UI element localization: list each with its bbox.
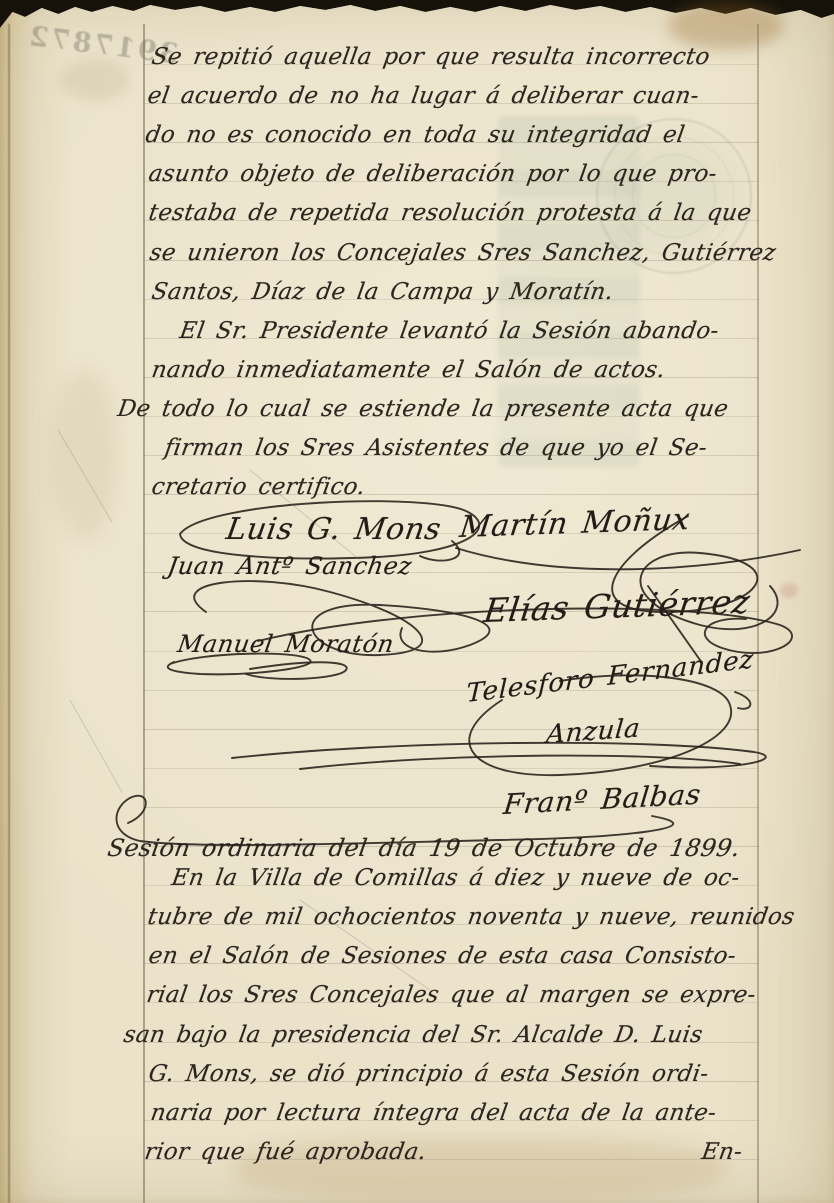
manuscript-line: rior que fué aprobada.	[143, 1141, 428, 1164]
manuscript-line: Se repitió aquella por que resulta incor…	[150, 46, 712, 69]
manuscript-line: En la Villa de Comillas á diez y nueve d…	[170, 867, 741, 890]
manuscript-line: se unieron los Concejales Sres Sanchez, …	[148, 242, 778, 265]
signature: Martín Moñux	[458, 505, 692, 543]
signature: Luis G. Mons	[224, 515, 443, 545]
small-stain	[780, 583, 798, 598]
page-edge-crease	[8, 24, 10, 1203]
ruled-line	[143, 768, 759, 769]
manuscript-line: asunto objeto de deliberación por lo que…	[147, 163, 719, 186]
manuscript-line: el acuerdo de no ha lugar á deliberar cu…	[146, 85, 700, 108]
manuscript-line: nando inmediatamente el Salón de actos.	[150, 359, 667, 382]
manuscript-line: firman los Sres Asistentes de que yo el …	[163, 437, 709, 460]
manuscript-line: G. Mons, se dió principio á esta Sesión …	[147, 1063, 710, 1086]
right-margin-rule	[757, 24, 759, 1203]
scanned-manuscript-page: 3917872 Se repitió aquella por que resul…	[0, 0, 834, 1203]
manuscript-line: do no es conocido en toda su integridad …	[144, 124, 686, 147]
signature: Elías Gutiérrez	[482, 585, 752, 627]
ink-smudge-stain	[668, 2, 784, 50]
ruled-line	[143, 690, 759, 691]
manuscript-line: naria por lectura íntegra del acta de la…	[149, 1102, 718, 1125]
corner-stain	[60, 60, 130, 100]
manuscript-line: Santos, Díaz de la Campa y Moratín.	[150, 281, 615, 304]
ruled-line	[143, 729, 759, 730]
manuscript-line: tubre de mil ochocientos noventa y nueve…	[146, 906, 796, 929]
signature: Anzula	[545, 715, 641, 747]
manuscript-line: en el Salón de Sesiones de esta casa Con…	[147, 945, 738, 968]
manuscript-line: san bajo la presidencia del Sr. Alcalde …	[122, 1024, 704, 1047]
margin-stain	[52, 370, 118, 540]
signature: Manuel Moratón	[176, 632, 396, 656]
catchword: En-	[700, 1141, 744, 1164]
manuscript-line: De todo lo cual se estiende la presente …	[116, 398, 730, 421]
manuscript-line: testaba de repetida resolución protesta …	[147, 202, 753, 225]
session-heading: Sesión ordinaria del día 19 de Octubre d…	[106, 836, 742, 860]
signature: Juan Antº Sanchez	[166, 554, 414, 578]
manuscript-line: El Sr. Presidente levantó la Sesión aban…	[178, 320, 720, 343]
manuscript-line: rial los Sres Concejales que al margen s…	[145, 984, 757, 1007]
manuscript-line: cretario certifico.	[150, 476, 367, 499]
